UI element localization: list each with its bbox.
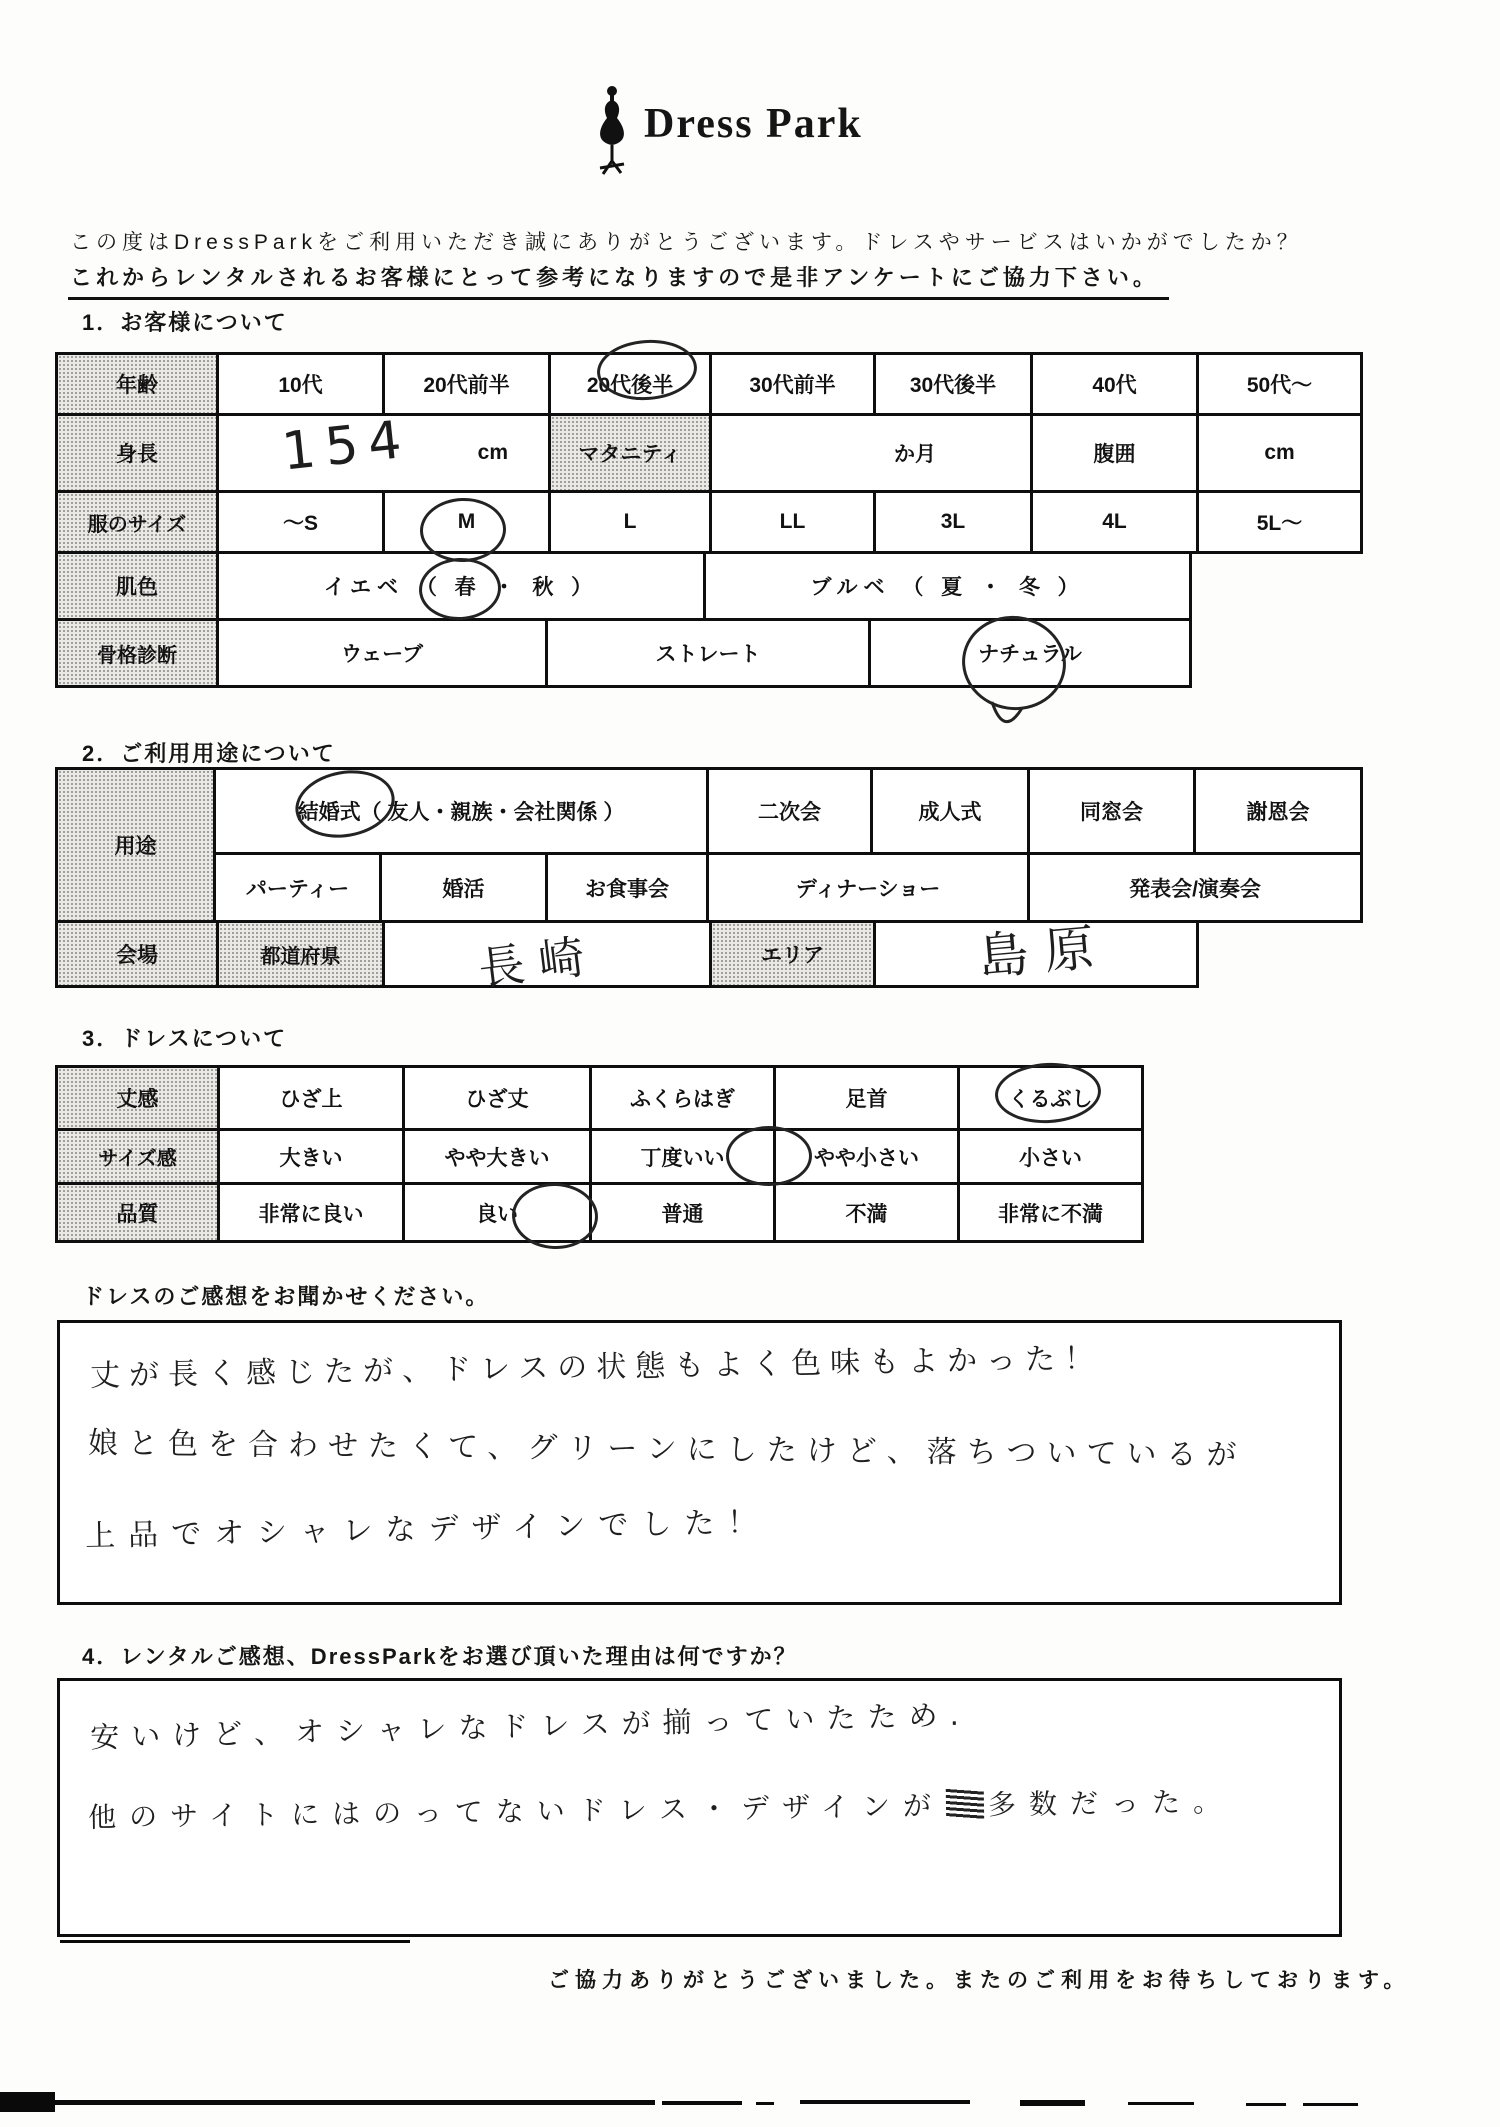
height-label: 身長 — [58, 416, 219, 490]
clothing-size-row: 服のサイズ ～S M L LL 3L 4L 5L～ — [55, 490, 1363, 554]
height-row: 身長 cm マタニティ か月 腹囲 cm — [55, 413, 1363, 493]
skin-label: 肌色 — [58, 554, 219, 618]
purpose-row-2: パーティー 婚活 お食事会 ディナーショー 発表会/演奏会 — [213, 852, 1363, 923]
closing-message: ご協力ありがとうございました。またのご利用をお待ちしております。 — [548, 1964, 1410, 1994]
age-option-early30s: 30代前半 — [712, 355, 876, 413]
quality-label: 品質 — [58, 1185, 220, 1240]
prefecture-label: 都道府県 — [219, 923, 385, 985]
section4-heading: 4．レンタルご感想、DressParkをお選び頂いた理由は何ですか？ — [82, 1640, 798, 1671]
purpose-option-thanks-party: 謝恩会 — [1196, 770, 1360, 852]
purpose-option-konkatsu: 婚活 — [382, 855, 548, 920]
skin-option-blue-base: ブルベ （ 夏 ・ 冬 ） — [706, 554, 1189, 618]
scan-artifact-line — [1128, 2102, 1194, 2105]
size-option-3l: 3L — [876, 493, 1033, 551]
purpose-option-wedding: 結婚式（ 友人・親族・会社関係 ） — [216, 770, 709, 852]
scan-artifact-line — [1303, 2103, 1358, 2106]
dress-form-icon — [588, 84, 636, 180]
skeleton-label: 骨格診断 — [58, 621, 219, 685]
purpose-label: 用途 — [55, 767, 216, 923]
purpose-option-dinner: お食事会 — [548, 855, 709, 920]
size-option-4l: 4L — [1033, 493, 1199, 551]
quality-option-normal: 普通 — [592, 1185, 776, 1240]
length-label: 丈感 — [58, 1068, 220, 1128]
waist-label: 腹囲 — [1033, 416, 1199, 490]
scan-artifact-blob — [0, 2092, 55, 2112]
length-option-above-knee: ひざ上 — [220, 1068, 405, 1128]
size-option-l: L — [551, 493, 712, 551]
purpose-option-party: パーティー — [216, 855, 382, 920]
size-option-ll: LL — [712, 493, 876, 551]
age-option-10s: 10代 — [219, 355, 385, 413]
age-option-50s: 50代～ — [1199, 355, 1360, 413]
size-option-5l: 5L～ — [1199, 493, 1360, 551]
length-option-knee: ひざ丈 — [405, 1068, 592, 1128]
survey-request-line: これからレンタルされるお客様にとって参考になりますので是非アンケートにご協力下さ… — [68, 261, 1169, 300]
dress-quality-row: 品質 非常に良い 良い 普通 不満 非常に不満 — [55, 1182, 1144, 1243]
circle-skeleton-tail — [988, 700, 1028, 737]
quality-option-unsatisfied: 不満 — [776, 1185, 960, 1240]
scan-artifact-line — [1020, 2100, 1085, 2106]
scan-artifact-line — [756, 2102, 774, 2105]
venue-label: 会場 — [58, 923, 219, 985]
height-unit: cm — [478, 441, 508, 465]
quality-option-very-unsatisfied: 非常に不満 — [960, 1185, 1141, 1240]
dress-feedback-label: ドレスのご感想をお聞かせください。 — [82, 1280, 489, 1311]
months-label: か月 — [712, 416, 1033, 490]
fit-option-slightly-big: やや大きい — [405, 1131, 592, 1182]
length-option-calf: ふくらはぎ — [592, 1068, 776, 1128]
scan-artifact-line — [1246, 2103, 1286, 2106]
fit-option-big: 大きい — [220, 1131, 405, 1182]
scan-artifact-line — [55, 2100, 655, 2105]
section3-heading: 3．ドレスについて — [82, 1022, 287, 1053]
purpose-option-coming-of-age: 成人式 — [873, 770, 1030, 852]
length-option-ankle: 足首 — [776, 1068, 960, 1128]
dress-length-row: 丈感 ひざ上 ひざ丈 ふくらはぎ 足首 くるぶし — [55, 1065, 1144, 1131]
area-label: エリア — [712, 923, 876, 985]
intro-thanks-line: この度はDressParkをご利用いただき誠にありがとうございます。ドレスやサー… — [70, 226, 1303, 256]
purpose-option-dinnershow: ディナーショー — [709, 855, 1030, 920]
skeleton-option-wave: ウェーブ — [219, 621, 548, 685]
age-option-40s: 40代 — [1033, 355, 1199, 413]
age-option-late30s: 30代後半 — [876, 355, 1033, 413]
scan-artifact-line — [60, 1940, 410, 1943]
age-label: 年齢 — [58, 355, 219, 413]
size-label: 服のサイズ — [58, 493, 219, 551]
fit-label: サイズ感 — [58, 1131, 220, 1182]
scan-artifact-line — [800, 2100, 970, 2104]
section2-heading: 2．ご利用用途について — [82, 737, 336, 768]
reason-line2-after: 多数だった。 — [988, 1785, 1234, 1821]
scanned-survey-page: Dress Park この度はDressParkをご利用いただき誠にありがとうご… — [0, 0, 1500, 2127]
age-option-early20s: 20代前半 — [385, 355, 551, 413]
dress-fit-row: サイズ感 大きい やや大きい 丁度いい やや小さい 小さい — [55, 1128, 1144, 1185]
maternity-label: マタニティ — [551, 416, 712, 490]
fit-option-small: 小さい — [960, 1131, 1141, 1182]
circle-fit-just-right — [726, 1126, 812, 1186]
purpose-option-afterparty: 二次会 — [709, 770, 873, 852]
logo-text: Dress Park — [644, 100, 863, 148]
size-option-s: ～S — [219, 493, 385, 551]
strikethrough-scribble — [946, 1788, 984, 1819]
section1-heading: 1．お客様について — [82, 306, 288, 337]
handwritten-area: 島原 — [975, 906, 1113, 989]
purpose-option-reunion: 同窓会 — [1030, 770, 1196, 852]
age-row: 年齢 10代 20代前半 20代後半 30代前半 30代後半 40代 50代～ — [55, 352, 1363, 416]
skin-tone-row: 肌色 イエベ （ 春 ・ 秋 ） ブルベ （ 夏 ・ 冬 ） — [55, 551, 1192, 621]
scan-artifact-line — [662, 2101, 742, 2105]
quality-option-very-good: 非常に良い — [220, 1185, 405, 1240]
waist-unit: cm — [1199, 416, 1360, 490]
skeleton-option-straight: ストレート — [548, 621, 871, 685]
